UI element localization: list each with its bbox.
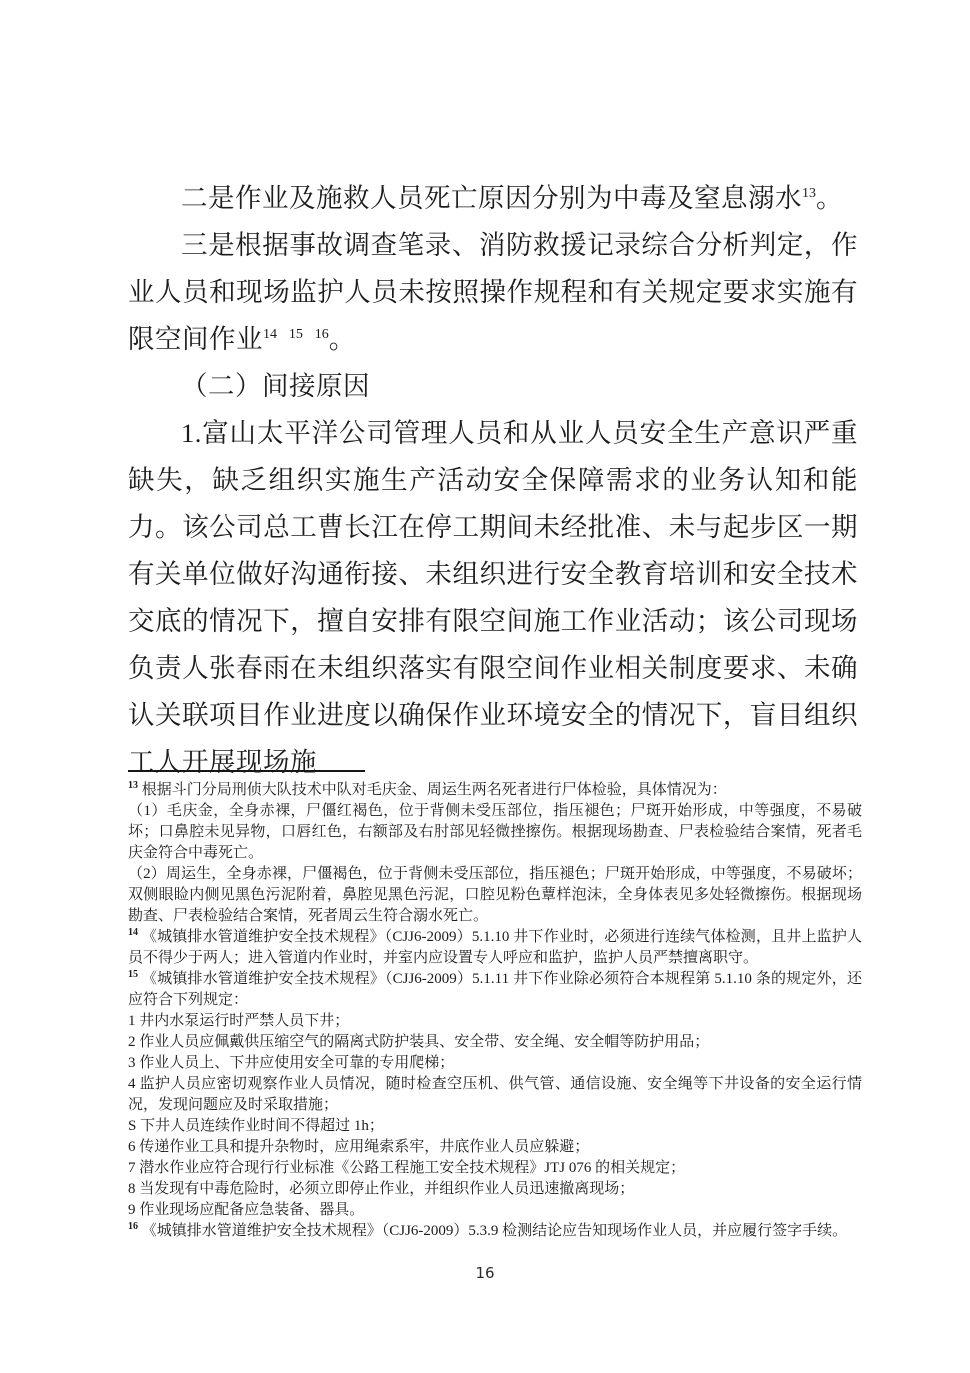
footnote-list: 13 根据斗门分局刑侦大队技术中队对毛庆金、周运生两名死者进行尸体检验，具体情况… [128, 780, 862, 1242]
footnote-item: 13 根据斗门分局刑侦大队技术中队对毛庆金、周运生两名死者进行尸体检验，具体情况… [128, 780, 862, 801]
footnote-marker: 13 [128, 780, 138, 791]
footnote-text: 《城镇排水管道维护安全技术规程》（CJJ6-2009）5.1.11 井下作业除必… [128, 971, 862, 1008]
body-paragraph-indirect-cause-1: 1.富山太平洋公司管理人员和从业人员安全生产意识严重缺失，缺乏组织实施生产活动安… [128, 410, 858, 786]
footnote-text: 1 井内水泵运行时严禁人员下井； [128, 1013, 349, 1029]
paragraph-punctuation: 。 [816, 183, 843, 213]
footnote-marker: 14 [128, 927, 138, 938]
footnote-separator [128, 770, 365, 772]
paragraph-text: 三是根据事故调查笔录、消防救援记录综合分析判定，作业人员和现场监护人员未按照操作… [128, 230, 858, 354]
footnote-text: 7 潜水作业应符合现行行业标准《公路工程施工安全技术规程》JTJ 076 的相关… [128, 1160, 685, 1176]
footnote-ref-13: 13 [802, 186, 816, 201]
footnote-item: 2 作业人员应佩戴供压缩空气的隔离式防护装具、安全带、安全绳、安全帽等防护用品； [128, 1032, 862, 1053]
footnote-text: 《城镇排水管道维护安全技术规程》（CJJ6-2009）5.1.10 井下作业时，… [128, 929, 862, 966]
footnote-item: 7 潜水作业应符合现行行业标准《公路工程施工安全技术规程》JTJ 076 的相关… [128, 1158, 862, 1179]
footnote-item: 4 监护人员应密切观察作业人员情况，随时检查空压机、供气管、通信设施、安全绳等下… [128, 1074, 862, 1116]
page-number: 16 [0, 1264, 970, 1282]
footnote-item: 9 作业现场应配备应急装备、器具。 [128, 1200, 862, 1221]
footnote-text: S 下井人员连续作业时间不得超过 1h； [128, 1118, 384, 1134]
footnote-item: 14 《城镇排水管道维护安全技术规程》（CJJ6-2009）5.1.10 井下作… [128, 927, 862, 969]
footnote-item: 1 井内水泵运行时严禁人员下井； [128, 1011, 862, 1032]
footnote-text: 2 作业人员应佩戴供压缩空气的隔离式防护装具、安全带、安全绳、安全帽等防护用品； [128, 1034, 709, 1050]
document-body: 二是作业及施救人员死亡原因分别为中毒及窒息溺水13。 三是根据事故调查笔录、消防… [128, 175, 858, 786]
footnote-item: 6 传递作业工具和提升杂物时，应用绳索系牢，井底作业人员应躲避； [128, 1137, 862, 1158]
footnote-text: 3 作业人员上、下井应使用安全可靠的专用爬梯； [128, 1055, 454, 1071]
footnote-text: 根据斗门分局刑侦大队技术中队对毛庆金、周运生两名死者进行尸体检验，具体情况为： [142, 782, 727, 798]
body-paragraph-cause-3: 三是根据事故调查笔录、消防救援记录综合分析判定，作业人员和现场监护人员未按照操作… [128, 222, 858, 363]
footnote-item: 15 《城镇排水管道维护安全技术规程》（CJJ6-2009）5.1.11 井下作… [128, 969, 862, 1011]
footnote-text: 6 传递作业工具和提升杂物时，应用绳索系牢，井底作业人员应躲避； [128, 1139, 589, 1155]
footnote-ref-15: 15 [289, 327, 303, 342]
footnote-item: 3 作业人员上、下井应使用安全可靠的专用爬梯； [128, 1053, 862, 1074]
footnote-text: 8 当发现有中毒危险时，必须立即停止作业，并组织作业人员迅速撤离现场； [128, 1181, 634, 1197]
footnote-text: 《城镇排水管道维护安全技术规程》（CJJ6-2009）5.3.9 检测结论应告知… [142, 1223, 847, 1239]
footnote-item: 16 《城镇排水管道维护安全技术规程》（CJJ6-2009）5.3.9 检测结论… [128, 1221, 862, 1242]
footnote-marker: 15 [128, 969, 138, 980]
footnote-item: 8 当发现有中毒危险时，必须立即停止作业，并组织作业人员迅速撤离现场； [128, 1179, 862, 1200]
footnote-ref-16: 16 [315, 327, 329, 342]
footnote-text: 4 监护人员应密切观察作业人员情况，随时检查空压机、供气管、通信设施、安全绳等下… [128, 1076, 862, 1113]
paragraph-text: 二是作业及施救人员死亡原因分别为中毒及窒息溺水 [181, 183, 802, 213]
footnotes-section: 13 根据斗门分局刑侦大队技术中队对毛庆金、周运生两名死者进行尸体检验，具体情况… [128, 770, 862, 1242]
footnote-item: S 下井人员连续作业时间不得超过 1h； [128, 1116, 862, 1137]
footnote-text: 9 作业现场应配备应急装备、器具。 [128, 1202, 364, 1218]
footnote-item: （1）毛庆金，全身赤裸，尸僵红褐色，位于背侧未受压部位，指压褪色；尸斑开始形成，… [128, 801, 862, 864]
footnote-text: （2）周运生，全身赤裸，尸僵褐色，位于背侧未受压部位，指压褪色；尸斑开始形成，中… [128, 866, 862, 924]
footnote-text: （1）毛庆金，全身赤裸，尸僵红褐色，位于背侧未受压部位，指压褪色；尸斑开始形成，… [128, 803, 862, 861]
paragraph-punctuation: 。 [329, 324, 356, 354]
body-paragraph-cause-2: 二是作业及施救人员死亡原因分别为中毒及窒息溺水13。 [128, 175, 858, 222]
footnote-item: （2）周运生，全身赤裸，尸僵褐色，位于背侧未受压部位，指压褪色；尸斑开始形成，中… [128, 864, 862, 927]
footnote-ref-14: 14 [263, 327, 277, 342]
footnote-marker: 16 [128, 1221, 138, 1232]
section-heading-indirect-causes: （二）间接原因 [128, 363, 858, 410]
document-page: 二是作业及施救人员死亡原因分别为中毒及窒息溺水13。 三是根据事故调查笔录、消防… [0, 0, 970, 1373]
